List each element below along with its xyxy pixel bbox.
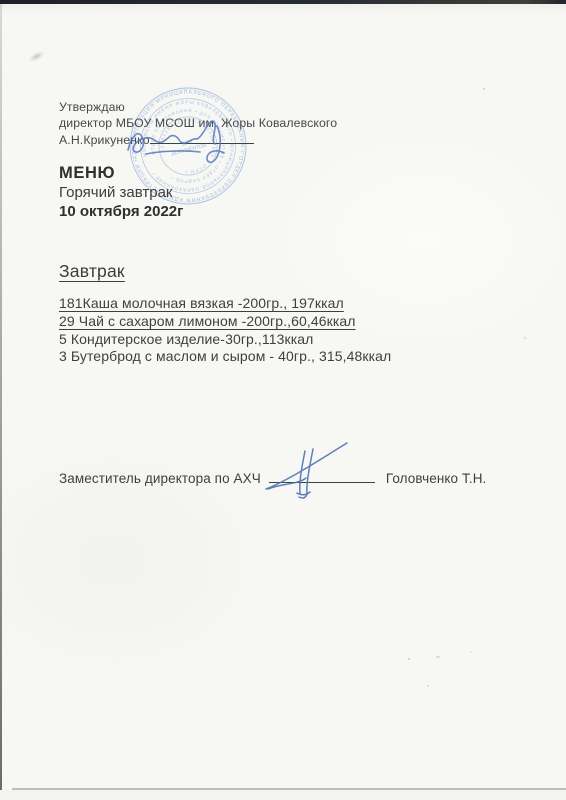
scan-speck <box>427 685 429 687</box>
menu-list: 181Каша молочная вязкая -200гр., 197ккал… <box>59 295 391 366</box>
menu-item: 3 Бутерброд с маслом и сыром - 40гр., 31… <box>59 348 391 366</box>
deputy-signature-scribble <box>252 436 370 500</box>
scan-speck <box>470 651 472 653</box>
scan-speck <box>483 88 485 90</box>
section-heading: Завтрак <box>59 261 125 282</box>
page-title: МЕНЮ <box>59 163 183 184</box>
deputy-role: Заместитель директора по АХЧ <box>59 471 261 486</box>
scan-shadow-top <box>0 4 566 15</box>
scan-speck <box>523 336 527 340</box>
director-signature-scribble <box>116 110 250 168</box>
scanned-page: АДМИНИСТРАЦИЯ МУНИЦИПАЛЬНОГО ОБРАЗОВАНИЯ… <box>0 0 566 800</box>
menu-item: 29 Чай с сахаром лимоном -200гр.,60,46кк… <box>59 313 391 331</box>
scan-speck <box>408 658 410 660</box>
meal-type: Горячий завтрак <box>59 184 183 203</box>
title-block: МЕНЮ Горячий завтрак 10 октября 2022г <box>59 163 183 221</box>
scan-speck <box>436 656 440 658</box>
scan-edge-left <box>0 4 2 800</box>
deputy-name: Головченко Т.Н. <box>386 471 487 486</box>
scan-margin-bottom <box>0 790 566 800</box>
menu-item: 181Каша молочная вязкая -200гр., 197ккал <box>59 295 391 313</box>
scan-smudge <box>27 49 45 63</box>
menu-item: 5 Кондитерское изделие-30гр.,113ккал <box>59 331 391 349</box>
menu-date: 10 октября 2022г <box>59 203 183 222</box>
